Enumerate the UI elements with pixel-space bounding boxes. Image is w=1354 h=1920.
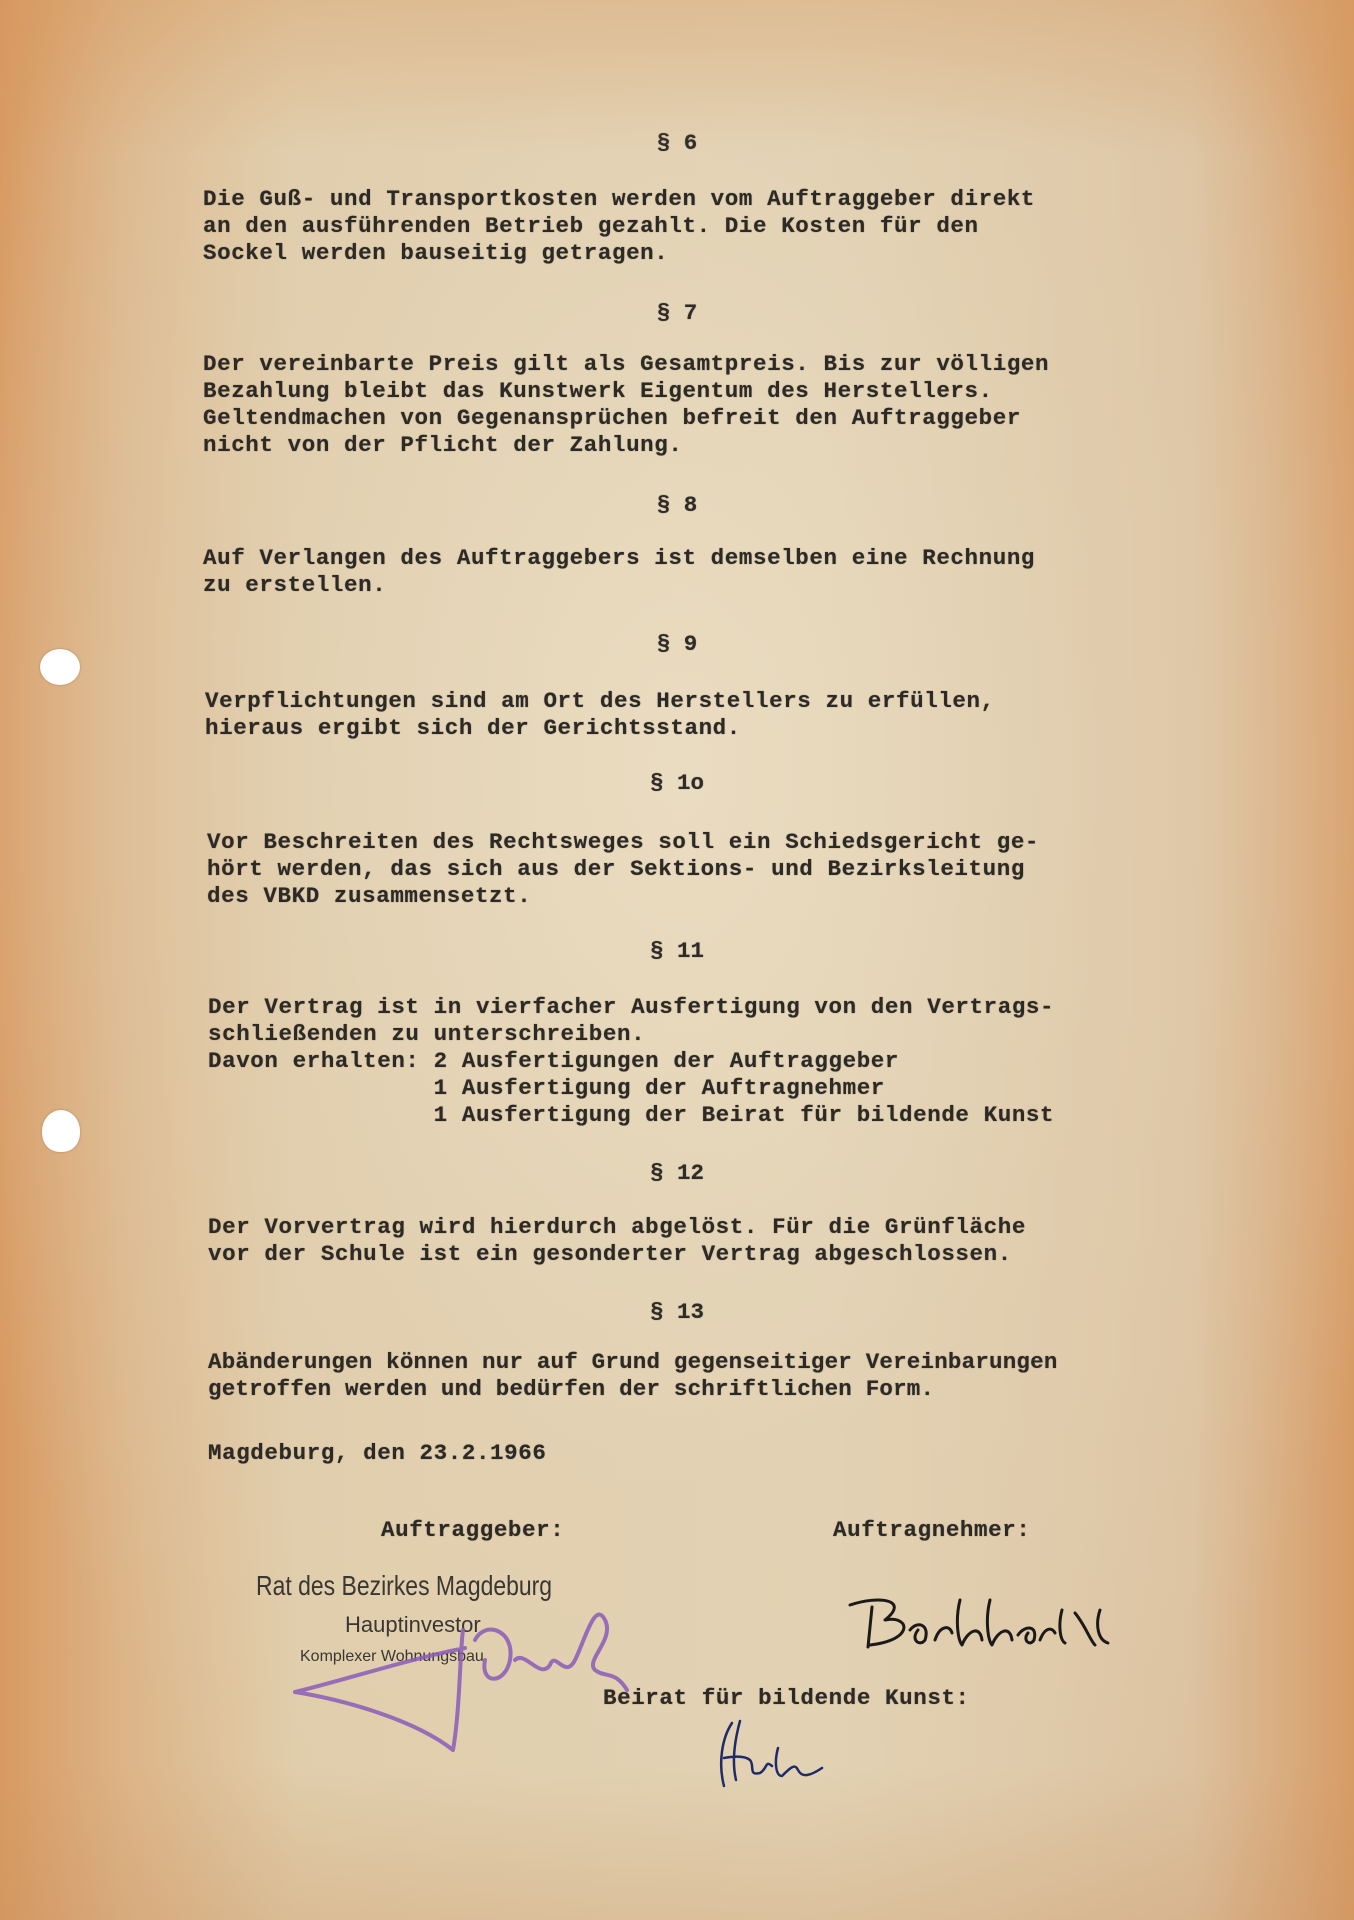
contractor-signature-icon [840, 1585, 1160, 1675]
section-heading-11: § 11 [0, 938, 1354, 964]
client-signature-icon [285, 1590, 645, 1760]
section-heading-text: § 12 [650, 1160, 704, 1186]
paragraph-line: Die Guß- und Transportkosten werden vom … [203, 186, 1035, 213]
section-heading-8: § 8 [0, 492, 1354, 518]
advisory-board-label: Beirat für bildende Kunst: [603, 1685, 970, 1712]
paragraph-line: Verpflichtungen sind am Ort des Herstell… [205, 688, 995, 715]
scanned-contract-page: § 6 Die Guß- und Transportkosten werden … [0, 0, 1354, 1920]
paragraph-line: Geltendmachen von Gegenansprüchen befrei… [203, 405, 1021, 432]
advisory-signature-icon [710, 1718, 840, 1793]
section-heading-text: § 11 [650, 938, 704, 964]
paragraph-line: 1 Ausfertigung der Beirat für bildende K… [208, 1102, 1054, 1129]
paragraph-line: zu erstellen. [203, 572, 386, 599]
section-heading-text: § 6 [657, 130, 698, 156]
section-heading-text: § 7 [657, 300, 698, 326]
paragraph-line: Der Vertrag ist in vierfacher Ausfertigu… [208, 994, 1054, 1021]
section-heading-text: § 9 [657, 631, 698, 657]
paragraph-line: Davon erhalten: 2 Ausfertigungen der Auf… [208, 1048, 899, 1075]
section-heading-9: § 9 [0, 631, 1354, 657]
paragraph-line: getroffen werden und bedürfen der schrif… [208, 1376, 934, 1403]
section-heading-13: § 13 [0, 1299, 1354, 1325]
section-heading-text: § 8 [657, 492, 698, 518]
paragraph-line: Sockel werden bauseitig getragen. [203, 240, 668, 267]
paragraph-line: nicht von der Pflicht der Zahlung. [203, 432, 682, 459]
paragraph-line: Abänderungen können nur auf Grund gegens… [208, 1349, 1058, 1376]
paragraph-line: hieraus ergibt sich der Gerichtsstand. [205, 715, 741, 742]
client-label: Auftraggeber: [381, 1517, 564, 1544]
paragraph-line: vor der Schule ist ein gesonderter Vertr… [208, 1241, 1012, 1268]
paragraph-line: des VBKD zusammensetzt. [207, 883, 531, 910]
section-heading-7: § 7 [0, 300, 1354, 326]
paragraph-line: hört werden, das sich aus der Sektions- … [207, 856, 1025, 883]
paragraph-line: Auf Verlangen des Auftraggebers ist dems… [203, 545, 1035, 572]
paragraph-line: Der vereinbarte Preis gilt als Gesamtpre… [203, 351, 1049, 378]
paragraph-line: Vor Beschreiten des Rechtsweges soll ein… [207, 829, 1039, 856]
section-heading-text: § 1o [650, 770, 704, 796]
punch-hole-bottom [42, 1110, 80, 1152]
section-heading-12: § 12 [0, 1160, 1354, 1186]
paragraph-line: Bezahlung bleibt das Kunstwerk Eigentum … [203, 378, 993, 405]
contractor-label: Auftragnehmer: [833, 1517, 1030, 1544]
section-heading-6: § 6 [0, 130, 1354, 156]
paragraph-line: Der Vorvertrag wird hierdurch abgelöst. … [208, 1214, 1026, 1241]
section-heading-text: § 13 [650, 1299, 704, 1325]
paragraph-line: 1 Ausfertigung der Auftragnehmer [208, 1075, 885, 1102]
section-heading-10: § 1o [0, 770, 1354, 796]
paragraph-line: schließenden zu unterschreiben. [208, 1021, 645, 1048]
place-and-date: Magdeburg, den 23.2.1966 [208, 1440, 546, 1467]
paragraph-line: an den ausführenden Betrieb gezahlt. Die… [203, 213, 979, 240]
